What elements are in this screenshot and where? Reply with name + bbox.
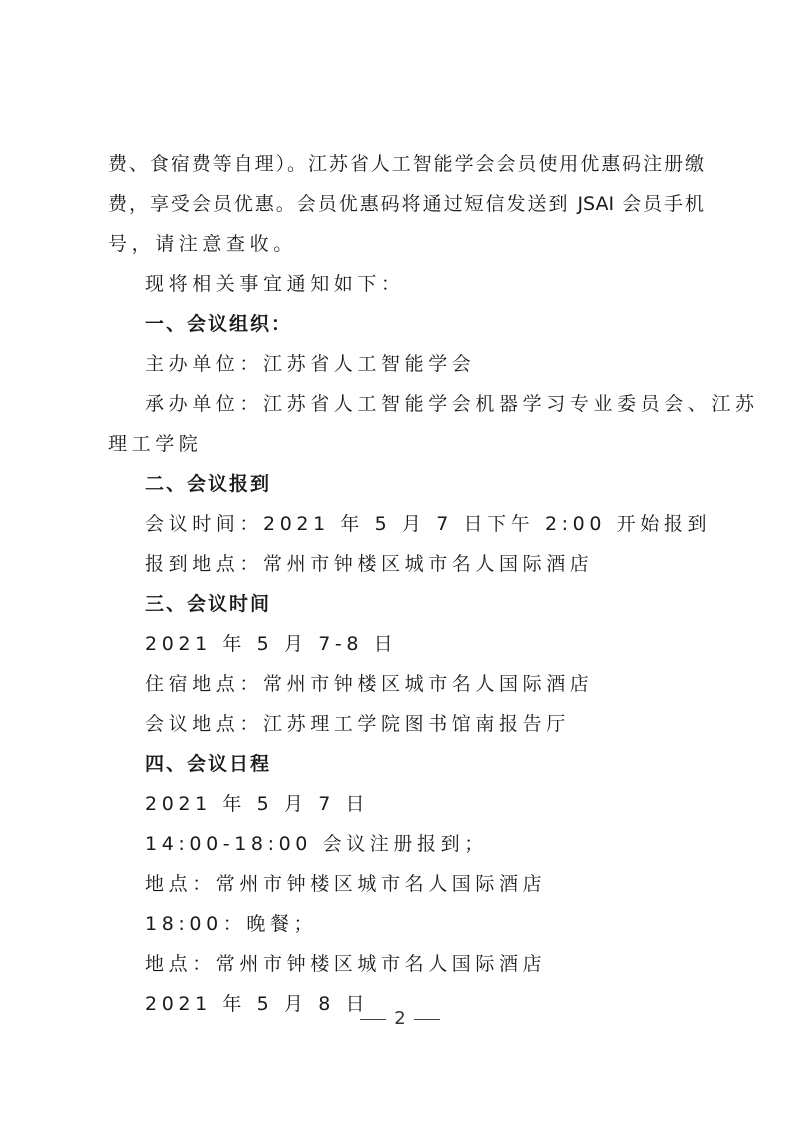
section-heading-schedule: 四、会议日程 <box>108 744 704 784</box>
schedule-dinner: 18:00：晚餐； <box>108 904 704 944</box>
footer-dash-right <box>414 1019 440 1020</box>
meeting-dates: 2021 年 5 月 7-8 日 <box>108 624 704 664</box>
section-heading-organization: 一、会议组织： <box>108 304 704 344</box>
intro-line-1: 费、食宿费等自理）。江苏省人工智能学会会员使用优惠码注册缴 <box>108 144 704 184</box>
host-line: 主办单位：江苏省人工智能学会 <box>108 344 704 384</box>
schedule-registration-location: 地点：常州市钟楼区城市名人国际酒店 <box>108 864 704 904</box>
notice-line: 现将相关事宜通知如下： <box>108 264 704 304</box>
schedule-registration: 14:00-18:00 会议注册报到； <box>108 824 704 864</box>
organizer-line: 承办单位：江苏省人工智能学会机器学习专业委员会、江苏 <box>108 384 704 424</box>
intro-line-2: 费，享受会员优惠。会员优惠码将通过短信发送到 JSAI 会员手机 <box>108 184 704 224</box>
schedule-dinner-location: 地点：常州市钟楼区城市名人国际酒店 <box>108 944 704 984</box>
section-heading-registration: 二、会议报到 <box>108 464 704 504</box>
page-number: 2 <box>394 1008 405 1029</box>
document-page: 费、食宿费等自理）。江苏省人工智能学会会员使用优惠码注册缴 费，享受会员优惠。会… <box>108 144 704 1024</box>
schedule-day-1: 2021 年 5 月 7 日 <box>108 784 704 824</box>
footer-dash-left <box>360 1019 386 1020</box>
meeting-location: 会议地点：江苏理工学院图书馆南报告厅 <box>108 704 704 744</box>
registration-location: 报到地点：常州市钟楼区城市名人国际酒店 <box>108 544 704 584</box>
page-footer: 2 <box>0 1008 800 1029</box>
lodging-location: 住宿地点：常州市钟楼区城市名人国际酒店 <box>108 664 704 704</box>
organizer-continuation: 理工学院 <box>108 424 704 464</box>
section-heading-time: 三、会议时间 <box>108 584 704 624</box>
intro-line-3: 号，请注意查收。 <box>108 224 704 264</box>
registration-time: 会议时间：2021 年 5 月 7 日下午 2:00 开始报到 <box>108 504 704 544</box>
